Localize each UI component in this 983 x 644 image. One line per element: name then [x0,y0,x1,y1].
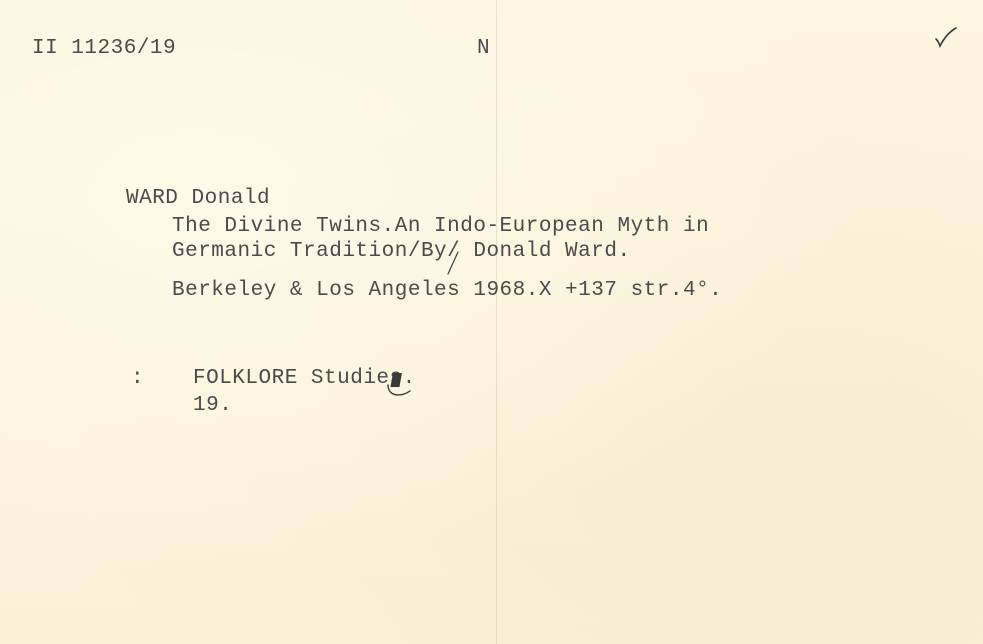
catalog-card: II 11236/19 N WARD Donald The Divine Twi… [0,0,983,644]
series-number: 19. [193,394,232,418]
correction-mark [382,367,418,401]
checkmark-icon [934,26,958,48]
author-heading: WARD Donald [126,187,270,211]
location-mark: N [477,37,490,61]
title-line-1: The Divine Twins.An Indo-European Myth i… [172,215,709,239]
card-fold-line [496,0,497,644]
handwritten-slash-mark [444,250,462,276]
imprint-line: Berkeley & Los Angeles 1968.X +137 str.4… [172,279,722,303]
series-prefix: : [131,367,144,391]
call-number: II 11236/19 [32,37,176,61]
title-line-2: Germanic Tradition/By/ Donald Ward. [172,240,631,264]
